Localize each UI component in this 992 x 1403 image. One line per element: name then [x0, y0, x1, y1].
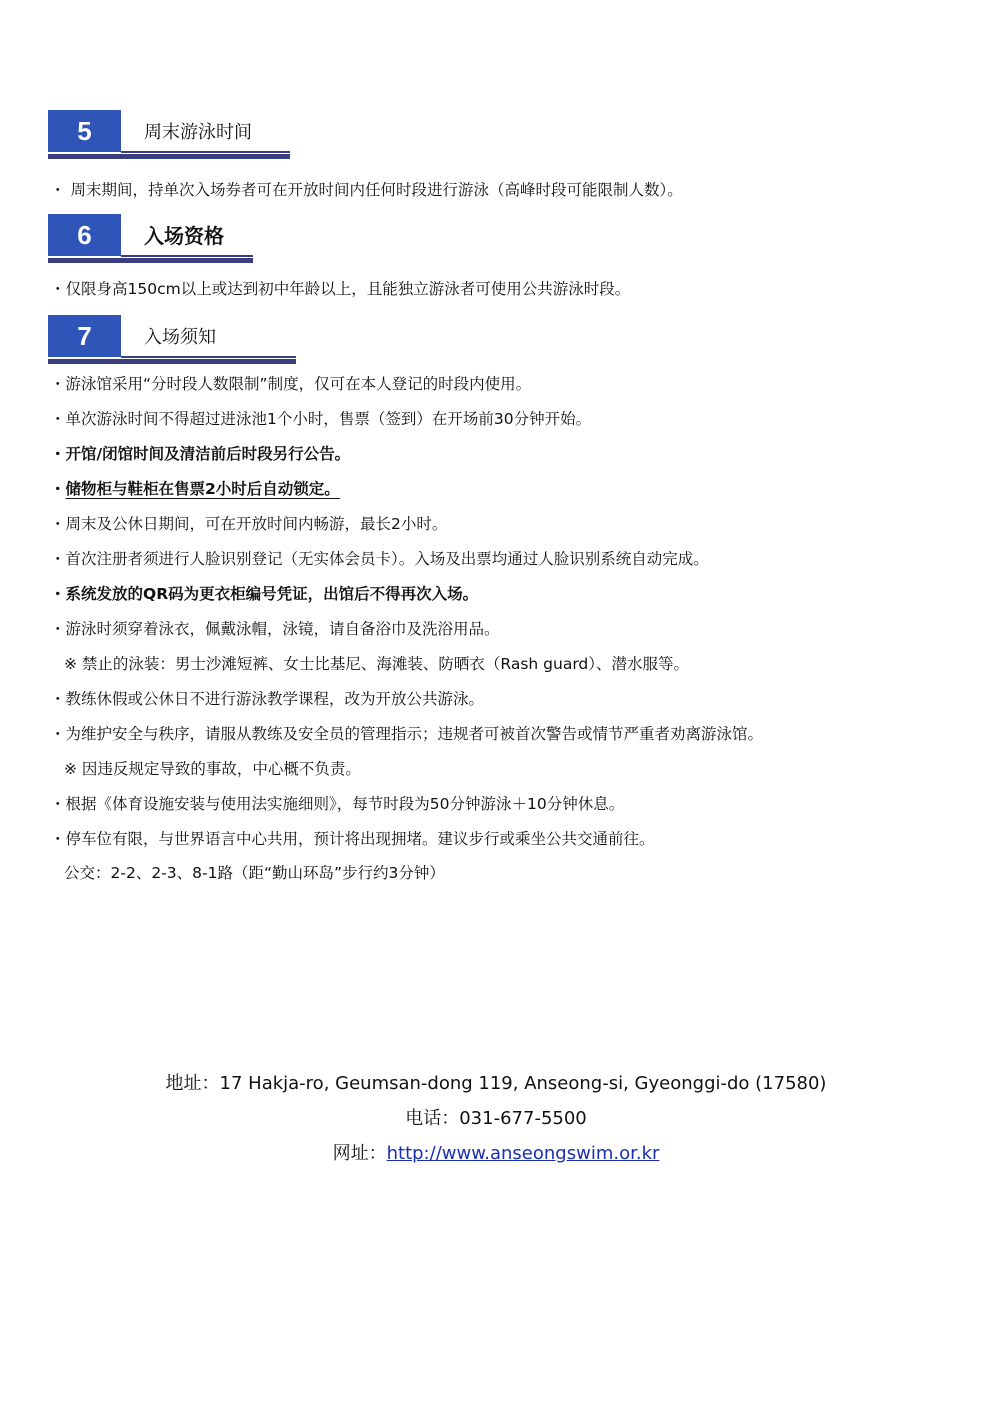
section-number-badge: 7 [48, 315, 121, 357]
item-text: 周末及公休日期间，可在开放时间内畅游，最长2小时。 [66, 515, 448, 533]
website-label: 网址： [333, 1143, 387, 1164]
bullet: ・ [50, 725, 66, 743]
divider [121, 255, 253, 257]
phone-value: 031-677-5500 [459, 1108, 587, 1129]
item-text: 系统发放的QR码为更衣柜编号凭证，出馆后不得再次入场。 [66, 585, 479, 603]
item-text: 游泳馆采用“分时段人数限制”制度，仅可在本人登记的时段内使用。 [66, 375, 532, 393]
list-item: ・停车位有限，与世界语言中心共用，预计将出现拥堵。建议步行或乘坐公共交通前往。 [50, 829, 655, 849]
bullet: ・ [50, 620, 66, 638]
bus-info: 公交：2-2、2-3、8-1路（距“勤山环岛”步行约3分钟） [64, 863, 445, 883]
divider [48, 359, 296, 364]
section-number-badge: 5 [48, 110, 121, 152]
item-text: ※ 因违反规定导致的事故，中心概不负责。 [64, 760, 361, 778]
address-value: 17 Hakja-ro, Geumsan-dong 119, Anseong-s… [220, 1073, 827, 1094]
item-text: 教练休假或公休日不进行游泳教学课程，改为开放公共游泳。 [66, 690, 485, 708]
divider [121, 151, 290, 153]
list-item: ・周末及公休日期间，可在开放时间内畅游，最长2小时。 [50, 514, 447, 534]
list-item: ・教练休假或公休日不进行游泳教学课程，改为开放公共游泳。 [50, 689, 484, 709]
bullet: ・ [50, 550, 66, 568]
bullet: ・ [50, 445, 66, 463]
bullet: ・ [50, 690, 66, 708]
list-item: ・为维护安全与秩序，请服从教练及安全员的管理指示；违规者可被首次警告或情节严重者… [50, 724, 763, 744]
footer-website: 网址：http://www.anseongswim.or.kr [0, 1142, 992, 1166]
item-text: 停车位有限，与世界语言中心共用，预计将出现拥堵。建议步行或乘坐公共交通前往。 [66, 830, 655, 848]
item-text: 开馆/闭馆时间及清洁前后时段另行公告。 [66, 445, 351, 463]
bullet: ・ [50, 410, 66, 428]
item-text: 周末期间，持单次入场券者可在开放时间内任何时段进行游泳（高峰时段可能限制人数）。 [66, 181, 683, 199]
bullet: ・ [50, 181, 66, 199]
divider [48, 258, 253, 263]
list-item: ・系统发放的QR码为更衣柜编号凭证，出馆后不得再次入场。 [50, 584, 478, 604]
website-link[interactable]: http://www.anseongswim.or.kr [387, 1143, 660, 1164]
list-item: ・游泳馆采用“分时段人数限制”制度，仅可在本人登记的时段内使用。 [50, 374, 531, 394]
item-text: 为维护安全与秩序，请服从教练及安全员的管理指示；违规者可被首次警告或情节严重者劝… [66, 725, 764, 743]
note-item: ※ 禁止的泳装：男士沙滩短裤、女士比基尼、海滩装、防晒衣（Rash guard）… [64, 654, 689, 674]
footer-phone: 电话：031-677-5500 [0, 1107, 992, 1131]
bullet: ・ [50, 830, 66, 848]
footer-address: 地址：17 Hakja-ro, Geumsan-dong 119, Anseon… [0, 1072, 992, 1096]
bullet: ・ [50, 375, 66, 393]
bullet: ・ [50, 515, 66, 533]
bullet: ・ [50, 280, 66, 298]
item-text: 储物柜与鞋柜在售票2小时后自动锁定。 [66, 480, 340, 498]
bullet: ・ [50, 795, 66, 813]
list-item: ・储物柜与鞋柜在售票2小时后自动锁定。 [50, 479, 340, 499]
bullet: ・ [50, 480, 66, 498]
divider [121, 356, 296, 358]
list-item: ・根据《体育设施安装与使用法实施细则》，每节时段为50分钟游泳＋10分钟休息。 [50, 794, 624, 814]
item-text: 仅限身高150cm以上或达到初中年龄以上，且能独立游泳者可使用公共游泳时段。 [66, 280, 631, 298]
divider [48, 154, 290, 159]
phone-label: 电话： [405, 1108, 459, 1129]
list-item: ・开馆/闭馆时间及清洁前后时段另行公告。 [50, 444, 350, 464]
note-item: ※ 因违反规定导致的事故，中心概不负责。 [64, 759, 361, 779]
item-text: 游泳时须穿着泳衣，佩戴泳帽，泳镜，请自备浴巾及洗浴用品。 [66, 620, 500, 638]
section-number-badge: 6 [48, 214, 121, 256]
address-label: 地址： [166, 1073, 220, 1094]
item-text: 根据《体育设施安装与使用法实施细则》，每节时段为50分钟游泳＋10分钟休息。 [66, 795, 625, 813]
item-text: ※ 禁止的泳装：男士沙滩短裤、女士比基尼、海滩装、防晒衣（Rash guard）… [64, 655, 689, 673]
list-item: ・仅限身高150cm以上或达到初中年龄以上，且能独立游泳者可使用公共游泳时段。 [50, 279, 630, 299]
section-title: 入场须知 [144, 323, 216, 349]
item-text: 首次注册者须进行人脸识别登记（无实体会员卡）。入场及出票均通过人脸识别系统自动完… [66, 550, 709, 568]
list-item: ・首次注册者须进行人脸识别登记（无实体会员卡）。入场及出票均通过人脸识别系统自动… [50, 549, 709, 569]
section-title: 入场资格 [144, 220, 224, 249]
bullet: ・ [50, 585, 66, 603]
list-item: ・单次游泳时间不得超过进泳池1个小时，售票（签到）在开场前30分钟开始。 [50, 409, 591, 429]
list-item: ・ 周末期间，持单次入场券者可在开放时间内任何时段进行游泳（高峰时段可能限制人数… [50, 180, 683, 200]
item-text: 公交：2-2、2-3、8-1路（距“勤山环岛”步行约3分钟） [64, 864, 445, 882]
item-text: 单次游泳时间不得超过进泳池1个小时，售票（签到）在开场前30分钟开始。 [66, 410, 592, 428]
list-item: ・游泳时须穿着泳衣，佩戴泳帽，泳镜，请自备浴巾及洗浴用品。 [50, 619, 500, 639]
section-title: 周末游泳时间 [144, 118, 252, 144]
